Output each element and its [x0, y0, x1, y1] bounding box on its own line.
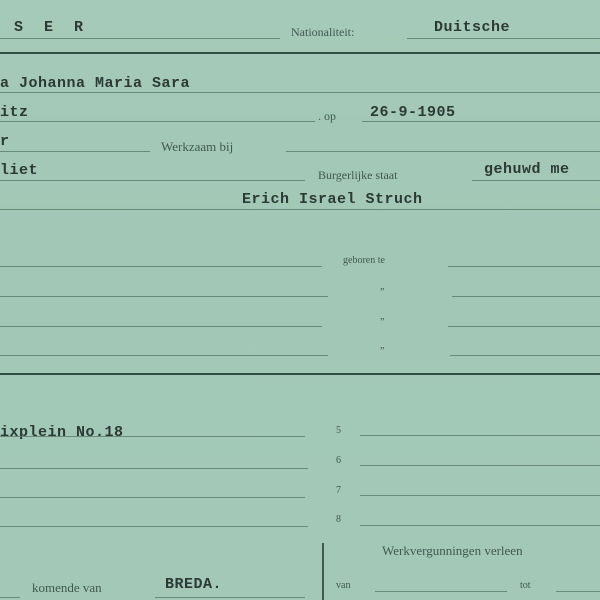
child-4-name-line: [0, 355, 328, 356]
religion-underline: [0, 180, 305, 181]
child-2-place-line: [452, 296, 600, 297]
nationality-label: Nationaliteit:: [291, 25, 354, 40]
surname-underline: [0, 38, 280, 39]
spouse-name-value: Erich Israel Struch: [242, 191, 423, 208]
address-line-8: [360, 525, 600, 526]
ditto-mark-2: ”: [380, 317, 384, 328]
occupation-underline: [0, 151, 150, 152]
child-4-place-line: [450, 355, 600, 356]
given-names-value: a Johanna Maria Sara: [0, 75, 190, 92]
work-permits-label: Werkvergunningen verleen: [382, 543, 523, 559]
child-2-name-line: [0, 296, 328, 297]
coming-from-prefix-line: [0, 597, 20, 598]
child-1-name-line: [0, 266, 322, 267]
address-line-3: [0, 497, 305, 498]
employer-label: Werkzaam bij: [161, 139, 233, 155]
birthplace-value: itz: [0, 104, 29, 121]
address-number-7: 7: [336, 485, 341, 496]
child-1-place-line: [448, 266, 600, 267]
birth-date-value: 26-9-1905: [370, 104, 456, 121]
header-divider: [0, 52, 600, 54]
address-line-5: [360, 435, 600, 436]
civil-status-label: Burgerlijke staat: [318, 168, 397, 183]
address-line-2: [0, 468, 308, 469]
child-3-place-line: [448, 326, 600, 327]
nationality-underline: [407, 38, 600, 39]
address-line-6: [360, 465, 600, 466]
surname-value: S E R: [14, 19, 89, 36]
section-divider: [0, 373, 600, 375]
address-number-5: 5: [336, 425, 341, 436]
religion-value: liet: [0, 162, 38, 179]
address-line-4: [0, 526, 308, 527]
address-number-6: 6: [336, 455, 341, 466]
children-born-label: geboren te: [343, 255, 385, 266]
occupation-value: r: [0, 133, 10, 150]
address-value: ixplein No.18: [0, 424, 124, 441]
address-line-7: [360, 495, 600, 496]
coming-from-label: komende van: [32, 580, 102, 596]
civil-status-underline: [472, 180, 600, 181]
nationality-value: Duitsche: [434, 19, 510, 36]
permit-to-line: [556, 591, 600, 592]
coming-from-underline: [155, 597, 305, 598]
address-line-1: [0, 436, 305, 437]
birthplace-underline: [0, 121, 315, 122]
given-names-underline: [0, 92, 600, 93]
ditto-mark-3: ”: [380, 346, 384, 357]
address-number-8: 8: [336, 514, 341, 525]
permit-from-label: van: [336, 580, 350, 591]
work-permits-divider: [322, 543, 324, 600]
child-3-name-line: [0, 326, 322, 327]
civil-status-value: gehuwd me: [484, 161, 570, 178]
coming-from-value: BREDA.: [165, 576, 222, 593]
spouse-underline: [0, 209, 600, 210]
ditto-mark-1: ”: [380, 287, 384, 298]
permit-from-line: [375, 591, 507, 592]
registration-card: S E R Nationaliteit: Duitsche a Johanna …: [0, 0, 600, 600]
employer-underline: [286, 151, 600, 152]
permit-to-label: tot: [520, 580, 531, 591]
birth-date-underline: [362, 121, 600, 122]
birth-date-prefix: . op: [318, 109, 336, 124]
